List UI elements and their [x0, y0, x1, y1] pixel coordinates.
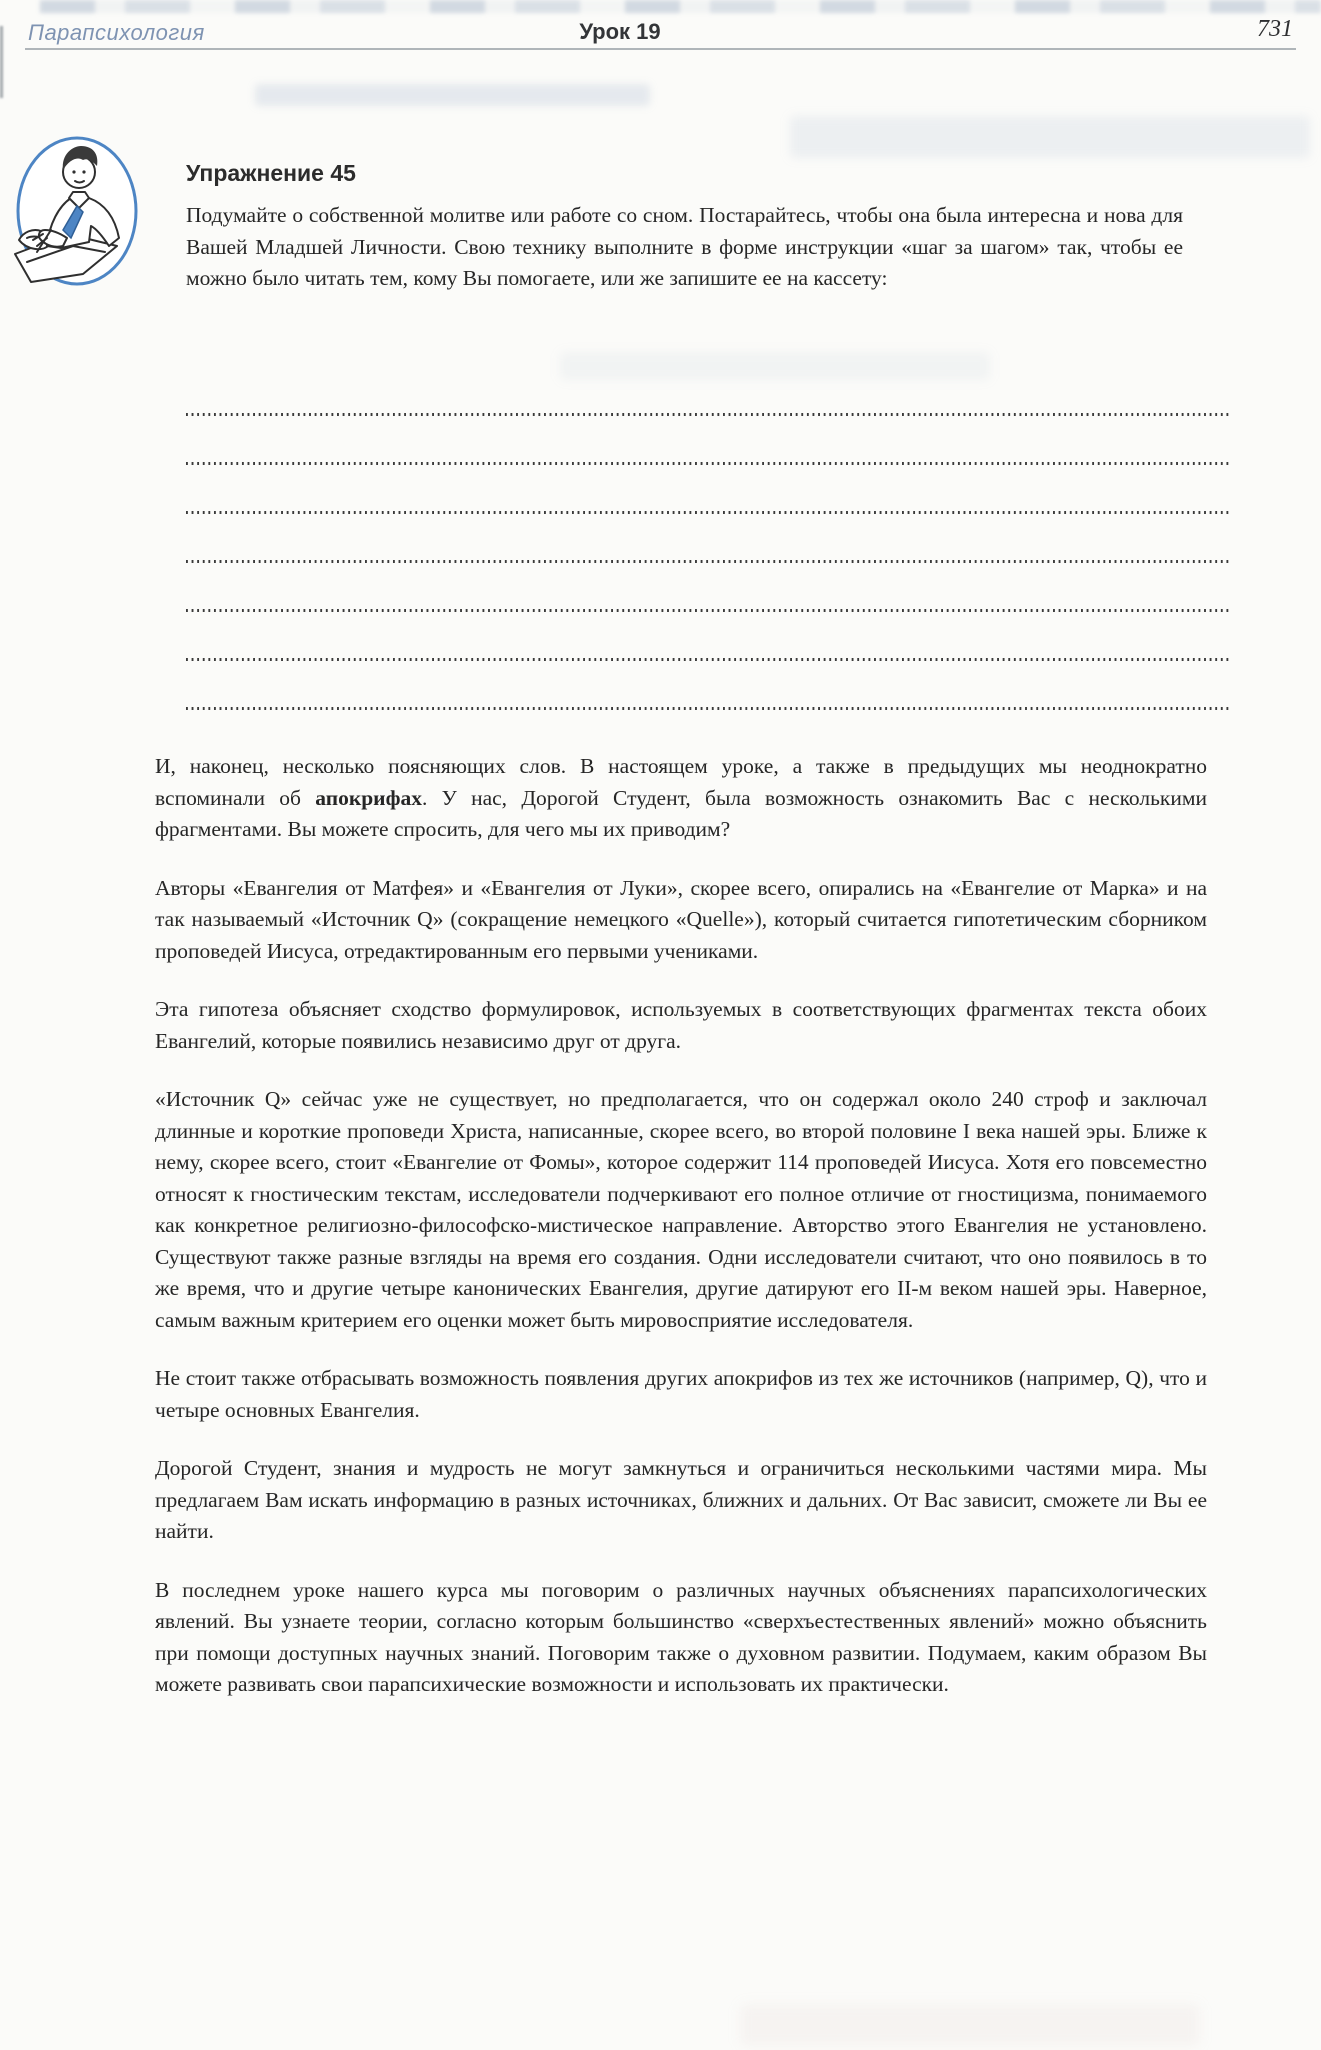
- page-number: 731: [1257, 16, 1293, 43]
- page-top-bleed-through: [40, 0, 1321, 13]
- paragraph-source-q: «Источник Q» сейчас уже не существует, н…: [155, 1084, 1207, 1336]
- body-text-column: И, наконец, несколько поясняющих слов. В…: [155, 751, 1207, 1701]
- answer-dotted-line: [186, 413, 1229, 416]
- writing-student-icon: [13, 134, 139, 292]
- answer-dotted-line: [186, 707, 1229, 710]
- answer-dotted-line: [186, 560, 1229, 563]
- writing-student-icon: [13, 134, 139, 292]
- paragraph-other-apocrypha: Не стоит также отбрасывать возможность п…: [155, 1363, 1207, 1426]
- answer-dotted-line: [186, 511, 1229, 514]
- bold-term-apocrypha: апокрифах: [315, 786, 422, 810]
- paragraph-apocrypha-intro: И, наконец, несколько поясняющих слов. В…: [155, 751, 1207, 846]
- ghost-text-bleed: [790, 116, 1310, 158]
- paragraph-dear-student: Дорогой Студент, знания и мудрость не мо…: [155, 1453, 1207, 1548]
- answer-dotted-line: [186, 658, 1229, 661]
- paragraph-hypothesis: Эта гипотеза объясняет сходство формулир…: [155, 994, 1207, 1057]
- paragraph-gospel-authors: Авторы «Евангелия от Матфея» и «Евангели…: [155, 873, 1207, 968]
- answer-dotted-line: [186, 609, 1229, 612]
- running-head-lesson-title: Урок 19: [0, 19, 1240, 45]
- header-divider-rule: [25, 48, 1296, 50]
- exercise-heading: Упражнение 45: [186, 160, 356, 187]
- ghost-text-bleed: [740, 2004, 1200, 2046]
- ghost-text-bleed: [255, 84, 650, 106]
- answer-dotted-line: [186, 462, 1229, 465]
- exercise-intro-paragraph: Подумайте о собственной молитве или рабо…: [186, 200, 1183, 295]
- ghost-text-bleed: [560, 352, 990, 380]
- paragraph-last-lesson: В последнем уроке нашего курса мы погово…: [155, 1575, 1207, 1701]
- scanned-book-page: Парапсихология Урок 19 731: [0, 0, 1321, 2050]
